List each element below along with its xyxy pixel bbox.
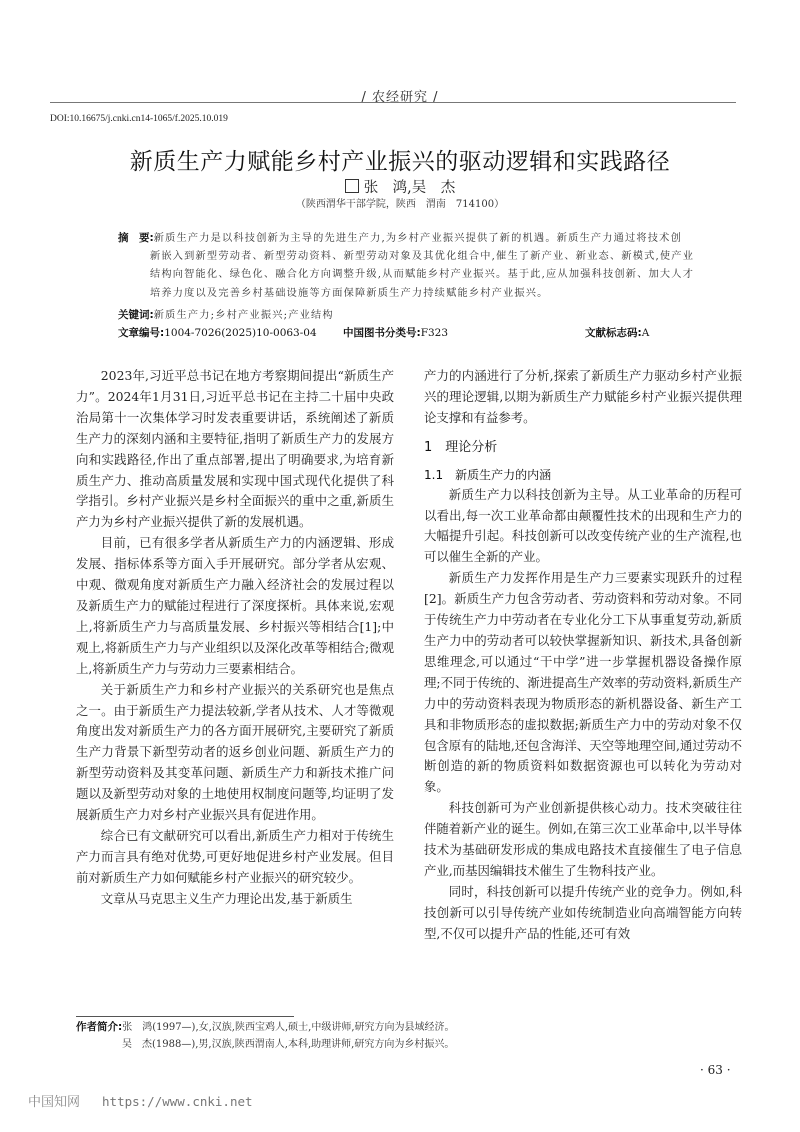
abstract-line: 新质生产力是以科技创新为主导的先进生产力,为乡村产业振兴提供了新的机遇。新质生产…: [154, 233, 682, 244]
affiliation: （陕西渭华干部学院，陕西 渭南 714100）: [0, 195, 800, 210]
section-heading: 1 理论分析: [424, 438, 742, 459]
document-code: 文献标志码:A: [585, 325, 649, 340]
article-number-label: 文章编号:: [118, 327, 164, 339]
footnote-divider: [76, 1016, 294, 1017]
keywords-label: 关键词:: [118, 309, 154, 321]
abstract: 摘 要:新质生产力是以科技创新为主导的先进生产力,为乡村产业振兴提供了新的机遇。…: [118, 229, 718, 303]
article-number-value: 1004-7026(2025)10-0063-04: [164, 327, 316, 339]
paragraph: 新质生产力发挥作用是生产力三要素实现跃升的过程[2]。新质生产力包含劳动者、劳动…: [424, 568, 742, 798]
paragraph: 关于新质生产力和乡村产业振兴的关系研究也是焦点之一。由于新质生产力提法较新,学者…: [76, 680, 394, 826]
author-box-icon: [345, 179, 359, 193]
article-title: 新质生产力赋能乡村产业振兴的驱动逻辑和实践路径: [0, 143, 800, 176]
paragraph: 2023年,习近平总书记在地方考察期间提出“新质生产力”。2024年1月31日,…: [76, 366, 394, 533]
page-number: · 63 ·: [700, 1063, 731, 1077]
document-code-value: A: [642, 327, 650, 339]
footnote-label: 作者简介:: [76, 1021, 122, 1033]
footnote-line: 张 鸿(1997—),女,汉族,陕西宝鸡人,硕士,中级讲师,研究方向为县域经济。: [122, 1022, 454, 1033]
body-left-column: 2023年,习近平总书记在地方考察期间提出“新质生产力”。2024年1月31日,…: [76, 366, 394, 910]
header-divider: [50, 102, 736, 103]
paragraph: 同时，科技创新可以提升传统产业的竞争力。例如,科技创新可以引导传统产业如传统制造…: [424, 882, 742, 945]
article-number: 文章编号:1004-7026(2025)10-0063-04: [118, 325, 317, 340]
clc-number: 中国图书分类号:F323: [343, 325, 448, 340]
cnki-watermark: 中国知网https://www.cnki.net: [28, 1091, 253, 1110]
keywords-value: 新质生产力;乡村产业振兴;产业结构: [154, 310, 334, 321]
paragraph-continuation: 产力的内涵进行了分析,探索了新质生产力驱动乡村产业振兴的理论逻辑,以期为新质生产…: [424, 366, 742, 429]
watermark-site-name: 中国知网: [28, 1095, 80, 1110]
author-line: 张 鸿,吴 杰: [0, 176, 800, 197]
footnote-line: 吴 杰(1988—),男,汉族,陕西渭南人,本科,助理讲师,研究方向为乡村振兴。: [76, 1036, 455, 1053]
document-code-label: 文献标志码:: [585, 327, 642, 339]
clc-value: F323: [421, 327, 448, 339]
abstract-line: 培养力度以及完善乡村基础设施等方面保障新质生产力持续赋能乡村产业振兴。: [118, 285, 718, 303]
authors: 张 鸿,吴 杰: [364, 180, 456, 196]
body-right-column: 产力的内涵进行了分析,探索了新质生产力驱动乡村产业振兴的理论逻辑,以期为新质生产…: [424, 366, 742, 945]
clc-label: 中国图书分类号:: [343, 327, 421, 339]
abstract-label: 摘 要:: [118, 232, 154, 244]
paragraph: 科技创新可为产业创新提供核心动力。技术突破往往伴随着新产业的诞生。例如,在第三次…: [424, 798, 742, 882]
subsection-heading: 1.1 新质生产力的内涵: [424, 465, 742, 485]
doi: DOI:10.16675/j.cnki.cn14-1065/f.2025.10.…: [50, 114, 228, 124]
paragraph: 新质生产力以科技创新为主导。从工业革命的历程可以看出,每一次工业革命都由颠覆性技…: [424, 485, 742, 569]
abstract-line: 新嵌入到新型劳动者、新型劳动资料、新型劳动对象及其优化组合中,催生了新产业、新业…: [118, 248, 718, 266]
paragraph: 目前，已有很多学者从新质生产力的内涵逻辑、形成发展、指标体系等方面入手开展研究。…: [76, 533, 394, 679]
watermark-url[interactable]: https://www.cnki.net: [102, 1094, 253, 1109]
paragraph: 综合已有文献研究可以看出,新质生产力相对于传统生产力而言具有绝对优势,可更好地促…: [76, 826, 394, 889]
keywords: 关键词:新质生产力;乡村产业振兴;产业结构: [118, 306, 334, 322]
author-footnote: 作者简介:张 鸿(1997—),女,汉族,陕西宝鸡人,硕士,中级讲师,研究方向为…: [76, 1019, 455, 1053]
abstract-line: 结构向智能化、绿色化、融合化方向调整升级,从而赋能乡村产业振兴。基于此,应从加强…: [118, 266, 718, 284]
paragraph: 文章从马克思主义生产力理论出发,基于新质生: [76, 889, 394, 910]
